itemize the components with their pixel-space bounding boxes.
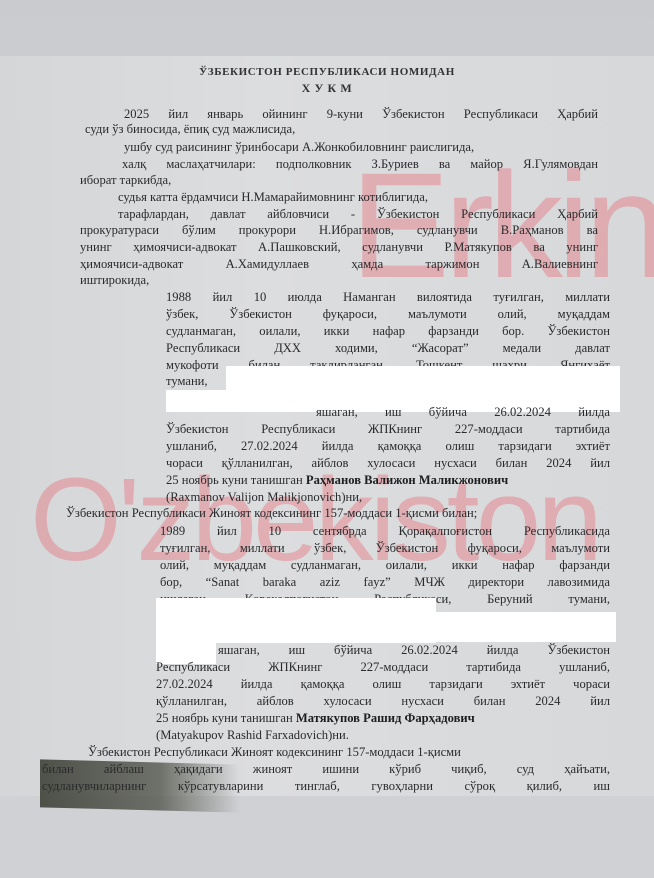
text-line: 25 ноябрь куни танишган Матякупов Рашид … [156, 711, 475, 726]
text-line: туғилган, миллати ўзбек, Ўзбекистон фуқа… [160, 541, 610, 556]
text-line: судланувчиларнинг кўрсатувларини тинглаб… [42, 779, 610, 794]
text-line: олий, муқаддам судланмаган, оилали, икки… [160, 558, 610, 573]
text-line: халқ маслаҳатчилари: подполковник З.Бури… [122, 157, 598, 172]
redaction-box [156, 612, 616, 642]
text-line: судья катта ёрдамчиси Н.Мамарайимовнинг … [118, 190, 428, 205]
acquainted-text: 25 ноябрь куни танишган [166, 473, 303, 487]
acquainted-text: 25 ноябрь куни танишган [156, 711, 293, 725]
text-line: 1989 йил 10 сентябрда Қорақалпоғистон Ре… [160, 524, 610, 539]
text-line: 2025 йил январь ойининг 9-куни Ўзбекисто… [124, 107, 598, 122]
text-line: ҳимоячиси-адвокат А.Хамидуллаев ҳамда та… [80, 257, 598, 272]
text-line: яшаган, иш бўйича 26.02.2024 йилда [316, 405, 610, 420]
text-line: иштирокида, [80, 273, 149, 288]
text-line: ўзбек, Ўзбекистон фуқароси, маълумоти ол… [166, 307, 610, 322]
text-line: чораси қўлланилган, айблов хулосаси нусх… [166, 456, 610, 471]
redaction-box [156, 598, 436, 610]
text-line: судланмаган, оилали, икки нафар фарзанди… [166, 324, 610, 339]
text-line: билан айблаш ҳақидаги жиноят ишини кўриб… [42, 762, 610, 777]
text-line: ушбу суд раисининг ўринбосари А.Жонкобил… [124, 140, 474, 155]
redaction-box [166, 390, 320, 412]
text-line: унинг ҳимоячиси-адвокат А.Пашковский, су… [80, 240, 598, 255]
charge-line: Ўзбекистон Республикаси Жиноят кодексини… [66, 506, 477, 521]
text-line: Ўзбекистон Республикаси Жиноят кодексини… [88, 745, 461, 760]
text-line: (Matyakupov Rashid Farxadovich)ни. [156, 728, 349, 743]
text-line: қўлланилган, айблов хулосаси нусхаси бил… [156, 694, 610, 709]
defendant-name: Раҳманов Валижон Маликжонович [306, 473, 508, 487]
text-line: бор, “Sanat baraka aziz fayz” МЧЖ директ… [160, 575, 610, 590]
text-line: Республикаси ДХХ ходими, “Жасорат” медал… [166, 341, 610, 356]
text-line: Республикаси ЖПКнинг 227-моддаси тартиби… [156, 660, 610, 675]
text-line: тумани, [166, 374, 208, 389]
text-line: 1988 йил 10 июлда Наманган вилоятида туғ… [166, 290, 610, 305]
text-line: прокуратураси бўлим прокурори Н.Ибрагимо… [80, 223, 598, 238]
text-line: суди ўз биносида, ёпиқ суд мажлисида, [85, 122, 295, 137]
defendant-name: Матякупов Рашид Фарҳадович [296, 711, 475, 725]
text-line: яшаган, иш бўйича 26.02.2024 йилда Ўзбек… [218, 643, 610, 658]
text-line: 25 ноябрь куни танишган Раҳманов Валижон… [166, 473, 508, 488]
text-line: 27.02.2024 йилда қамоққа олиш тарзидаги … [156, 677, 610, 692]
text-line: (Raxmanov Valijon Malikjonovich)ни, [166, 490, 362, 505]
text-line: тарафлардан, давлат айбловчиси - Ўзбекис… [118, 207, 598, 222]
text-line: ушланиб, 27.02.2024 йилда қамоққа олиш т… [166, 439, 610, 454]
document-header: ЎЗБЕКИСТОН РЕСПУБЛИКАСИ НОМИДАН [0, 66, 654, 78]
document-title: Х У К М [0, 81, 654, 96]
text-line: Ўзбекистон Республикаси ЖПКнинг 227-модд… [166, 422, 610, 437]
text-line: иборат таркибда, [80, 173, 171, 188]
